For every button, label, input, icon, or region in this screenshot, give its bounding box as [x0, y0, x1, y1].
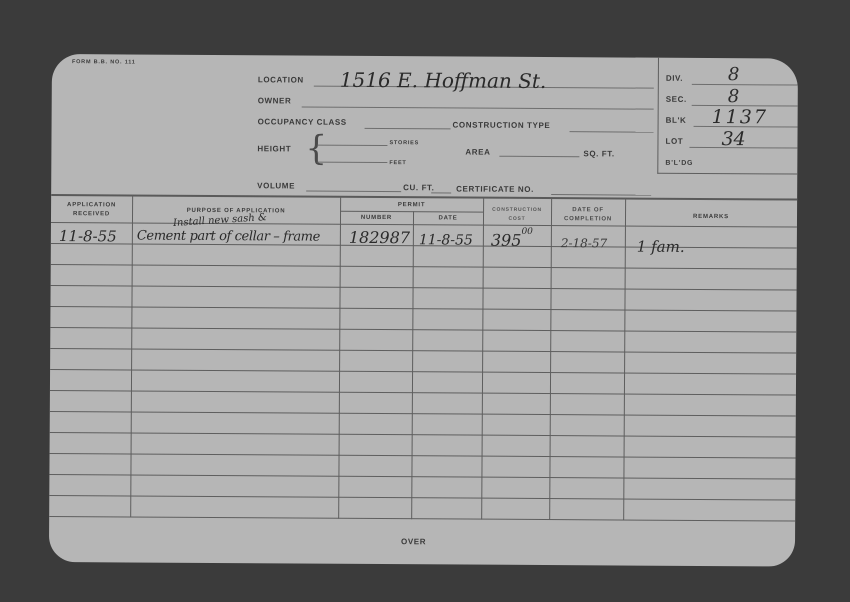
header-permit: PERMIT: [340, 201, 483, 211]
row-line: [51, 285, 797, 291]
sec-value: 8: [728, 86, 740, 107]
permit-record-card: FORM B.B. NO. 111 LOCATION 1516 E. Hoffm…: [49, 54, 798, 567]
feet-line: [317, 162, 387, 163]
header-remarks: REMARKS: [625, 213, 797, 223]
cell-permit-number: 182987: [349, 228, 410, 247]
row-line: [51, 264, 797, 270]
cell-remarks: 1 fam.: [637, 238, 685, 256]
row-line: [50, 369, 796, 375]
row-line: [49, 474, 795, 480]
row-line: [50, 327, 796, 333]
blk-label: BL'K: [666, 116, 687, 125]
sqft-label: SQ. FT.: [583, 149, 614, 158]
stories-label: STORIES: [389, 140, 419, 146]
cell-purpose: Cement part of cellar – frame: [137, 229, 320, 245]
owner-line: [302, 107, 654, 110]
row-line: [50, 306, 796, 312]
cell-app-received: 11-8-55: [59, 227, 117, 245]
blk-value: 1137: [712, 106, 768, 128]
certificate-label: CERTIFICATE NO.: [456, 184, 534, 193]
parcel-box-divider: [657, 58, 659, 174]
certificate-line: [551, 194, 651, 196]
row-line: [50, 432, 796, 438]
occupancy-class-label: OCCUPANCY CLASS: [258, 117, 347, 127]
row-line: [50, 390, 796, 396]
header-permit-date: DATE: [413, 214, 483, 223]
height-label: HEIGHT: [257, 144, 291, 153]
col-divider-3: [411, 211, 414, 519]
owner-label: OWNER: [258, 96, 292, 105]
area-label: AREA: [465, 148, 490, 157]
header-construction-cost: CONSTRUCTION COST: [487, 206, 547, 224]
occupancy-class-line: [365, 128, 451, 130]
row-line: [50, 348, 796, 354]
row-line: [50, 411, 796, 417]
table-top-border: [51, 194, 797, 201]
div-value: 8: [728, 64, 740, 85]
cell-construction-cost-cents: 00: [521, 227, 533, 237]
permit-subheader-line: [340, 211, 483, 213]
feet-label: FEET: [389, 160, 406, 166]
construction-type-label: CONSTRUCTION TYPE: [453, 120, 551, 130]
cell-completion-date: 2-18-57: [561, 236, 607, 250]
over-label: OVER: [401, 537, 426, 546]
form-number: FORM B.B. NO. 111: [72, 59, 136, 65]
row-line: [50, 453, 796, 459]
header-permit-number: NUMBER: [340, 214, 413, 223]
header-application-received: APPLICATION RECEIVED: [51, 201, 132, 219]
stories-line: [317, 145, 387, 146]
location-value: 1516 E. Hoffman St.: [340, 68, 547, 93]
cuft-label: CU. FT.: [403, 183, 434, 192]
div-line: [692, 84, 798, 86]
row-line: [49, 495, 795, 501]
lot-label: LOT: [665, 137, 683, 146]
height-brace: {: [305, 132, 327, 166]
lot-value: 34: [721, 128, 745, 150]
row-line: [49, 516, 795, 522]
header-completion-date: DATE OF COMPLETION: [553, 206, 623, 224]
construction-type-line: [570, 131, 654, 133]
parcel-box-bottom: [657, 173, 797, 175]
table-row: 11-8-55 Install new sash & Cement part o…: [52, 54, 798, 59]
volume-line: [306, 191, 401, 193]
sec-label: SEC.: [666, 95, 687, 104]
area-line: [499, 156, 579, 157]
location-label: LOCATION: [258, 75, 304, 84]
bldg-label: B'L'DG: [665, 160, 693, 167]
cell-construction-cost: 39500: [491, 231, 533, 250]
cuft-line: [431, 192, 451, 193]
volume-label: VOLUME: [257, 181, 295, 190]
div-label: DIV.: [666, 74, 683, 83]
cell-permit-date: 11-8-55: [419, 232, 473, 248]
